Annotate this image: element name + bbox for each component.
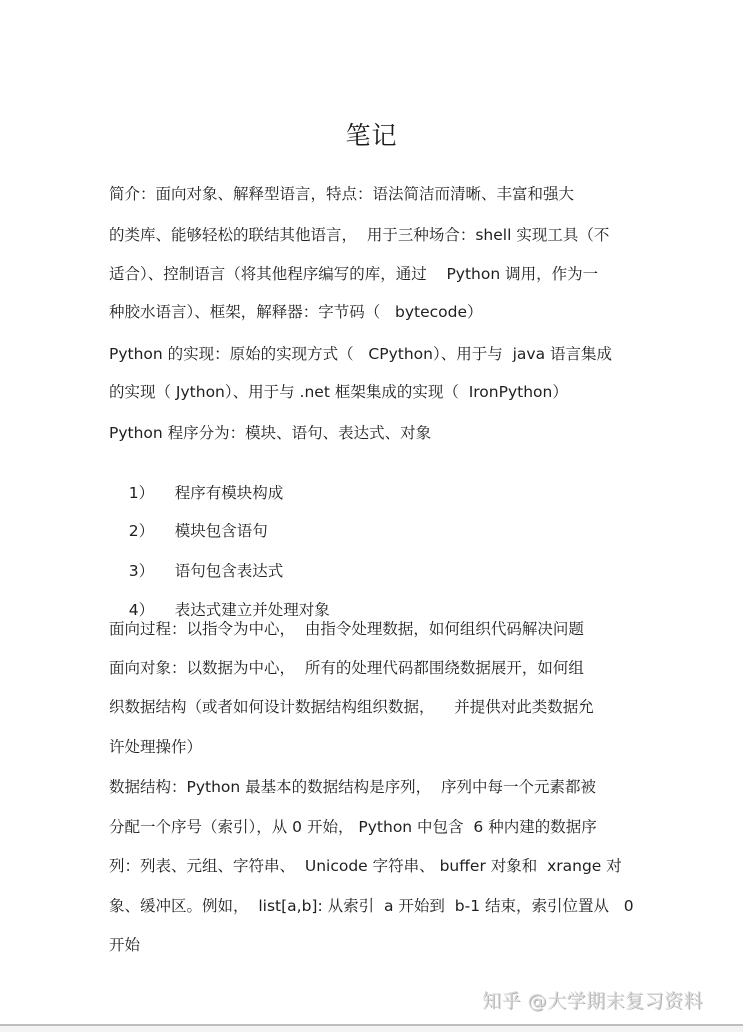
list-item-number: 1） bbox=[129, 483, 175, 503]
page-bottom-divider bbox=[0, 1024, 743, 1032]
paragraph-line: 简介：面向对象、解释型语言，特点：语法简洁而清晰、丰富和强大 bbox=[109, 184, 574, 204]
paragraph-line: Python 的实现：原始的实现方式（ CPython）、用于与 java 语言… bbox=[109, 344, 612, 364]
paragraph-line: 分配一个序号（索引），从 0 开始， Python 中包含 6 种内建的数据序 bbox=[109, 817, 597, 837]
paragraph-line: 面向过程：以指令为中心， 由指令处理数据，如何组织代码解决问题 bbox=[109, 619, 584, 639]
paragraph-line: 的实现（ Jython）、用于与 .net 框架集成的实现（ IronPytho… bbox=[109, 382, 568, 402]
paragraph-line: 许处理操作） bbox=[109, 737, 202, 757]
paragraph-line: 列：列表、元组、字符串、 Unicode 字符串、 buffer 对象和 xra… bbox=[109, 856, 622, 876]
paragraph-line: 面向对象：以数据为中心， 所有的处理代码都围绕数据展开，如何组 bbox=[109, 658, 584, 678]
paragraph-line: 象、缓冲区。例如， list[a,b]: 从索引 a 开始到 b-1 结束，索引… bbox=[109, 896, 634, 916]
paragraph-line: 织数据结构（或者如何设计数据结构组织数据， 并提供对此类数据允 bbox=[109, 697, 594, 717]
paragraph-line: 种胶水语言）、框架，解释器：字节码（ bytecode） bbox=[109, 302, 483, 322]
list-item-number: 3） bbox=[129, 561, 175, 581]
zhihu-watermark: 知乎 @大学期末复习资料 bbox=[482, 986, 703, 1013]
list-item-number: 2） bbox=[129, 521, 175, 541]
paragraph-line: 开始 bbox=[109, 935, 140, 955]
page-title: 笔记 bbox=[0, 116, 743, 152]
list-item-text: 表达式建立并处理对象 bbox=[175, 601, 330, 619]
list-item-text: 程序有模块构成 bbox=[175, 484, 284, 502]
paragraph-line: Python 程序分为：模块、语句、表达式、对象 bbox=[109, 423, 431, 443]
paragraph-line: 数据结构：Python 最基本的数据结构是序列， 序列中每一个元素都被 bbox=[109, 777, 596, 797]
paragraph-line: 的类库、能够轻松的联结其他语言， 用于三种场合：shell 实现工具（不 bbox=[109, 225, 609, 245]
list-item-number: 4） bbox=[129, 600, 175, 620]
list-item-text: 模块包含语句 bbox=[175, 522, 268, 540]
document-page: 笔记 简介：面向对象、解释型语言，特点：语法简洁而清晰、丰富和强大 的类库、能够… bbox=[0, 0, 743, 1024]
list-item-text: 语句包含表达式 bbox=[175, 562, 284, 580]
paragraph-line: 适合）、控制语言（将其他程序编写的库，通过 Python 调用，作为一 bbox=[109, 264, 598, 284]
